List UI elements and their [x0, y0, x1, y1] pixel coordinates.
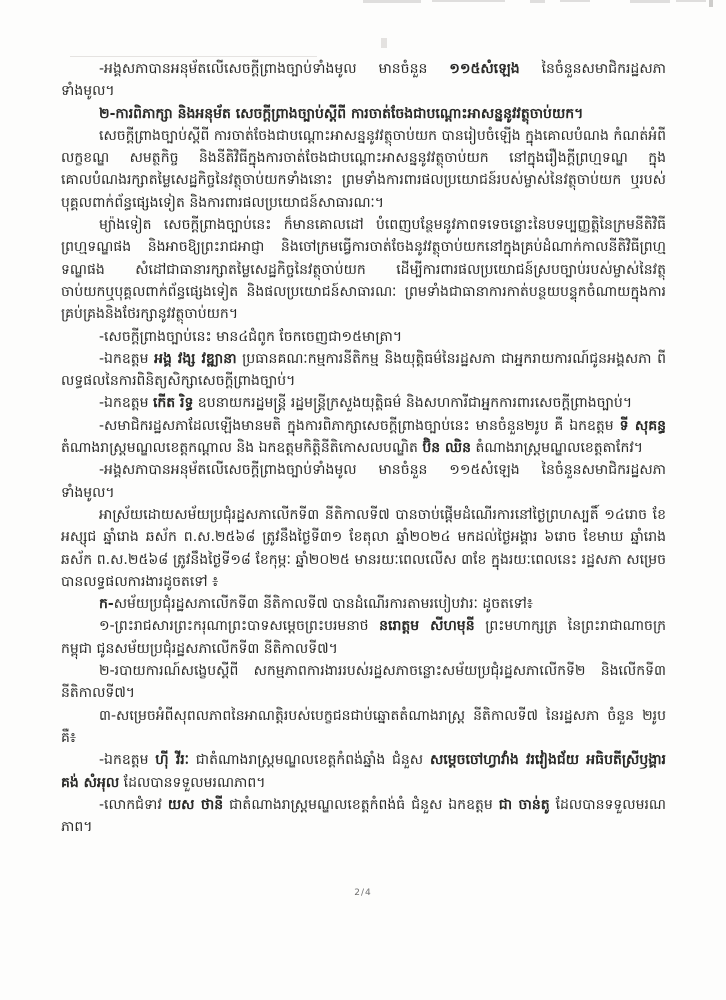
- emphasized-text-run: ប៊ិន ឈិន: [422, 440, 471, 456]
- text-run: ៣-សម្រេចអំពីសុពលភាពនៃអាណត្តិរបស់បេក្ខជនជ…: [61, 708, 666, 746]
- scan-artifact: [432, 0, 505, 2]
- paragraph: -ឯកឧត្តម ហ៊ី វីរៈ ជាតំណាងរាស្ត្រមណ្ឌលខេត…: [61, 749, 666, 794]
- text-run: តំណាងរាស្ត្រមណ្ឌលខេត្តកណ្តាល និង ឯកឧត្តម…: [61, 440, 422, 456]
- text-run: តំណាងរាស្ត្រមណ្ឌលខេត្តតាកែវ។: [471, 440, 643, 456]
- scan-artifact-line: [70, 56, 317, 57]
- text-run: -ឯកឧត្តម: [99, 351, 154, 367]
- scan-artifact: [709, 0, 713, 7]
- paragraph: -អង្គសភាបានអនុម័តលើសេចក្តីព្រាងច្បាប់ទាំ…: [61, 58, 666, 103]
- emphasized-text-run: ជា ចាន់តូ: [499, 797, 550, 813]
- scan-artifact: [630, 0, 670, 3]
- text-run: -សេចក្តីព្រាងច្បាប់នេះ មាន៤ជំពូក ចែកចេញជ…: [99, 329, 402, 345]
- paragraph: -ឯកឧត្តម អង្គ វង្ស វឌ្ឍានា ប្រធានគណៈកម្ម…: [61, 348, 666, 393]
- emphasized-text-run: ហ៊ី វីរៈ: [155, 752, 189, 768]
- text-run: -ឯកឧត្តម: [99, 395, 153, 411]
- text-run: -សមាជិករដ្ឋសភាដែលឡើងមានមតិ ក្នុងការពិភាក…: [99, 418, 620, 434]
- scan-artifact: [363, 0, 421, 3]
- text-run: អាស្រ័យដោយសម័យប្រជុំរដ្ឋសភាលើកទី៣ នីតិកា…: [61, 507, 666, 590]
- emphasized-text-run: ២-ការពិភាក្សា និងអនុម័ត សេចក្តីព្រាងច្បា…: [99, 106, 583, 122]
- text-run: -ឯកឧត្តម: [99, 752, 155, 768]
- emphasized-text-run: ១១៥សំឡេង: [449, 61, 519, 77]
- scan-artifact: [560, 0, 590, 2]
- emphasized-text-run: ក-: [99, 596, 114, 612]
- text-run: -អង្គសភាបានអនុម័តលើសេចក្តីព្រាងច្បាប់ទាំ…: [61, 462, 666, 500]
- text-run: ម្យ៉ាងទៀត សេចក្តីព្រាងច្បាប់នេះ ក៏មានគោល…: [61, 217, 666, 322]
- paragraph: ១-ព្រះរាជសារព្រះករុណាព្រះបាទសម្តេចព្រះបរ…: [61, 615, 666, 660]
- paragraph: -សមាជិករដ្ឋសភាដែលឡើងមានមតិ ក្នុងការពិភាក…: [61, 415, 666, 460]
- text-run: -អង្គសភាបានអនុម័តលើសេចក្តីព្រាងច្បាប់ទាំ…: [99, 61, 449, 77]
- text-run: ដែលបានទទួលមរណភាព។: [119, 775, 265, 791]
- paragraph: -សេចក្តីព្រាងច្បាប់នេះ មាន៤ជំពូក ចែកចេញជ…: [61, 326, 666, 348]
- paragraph: ម្យ៉ាងទៀត សេចក្តីព្រាងច្បាប់នេះ ក៏មានគោល…: [61, 214, 666, 325]
- text-run: ជាតំណាងរាស្ត្រមណ្ឌលខេត្តកំពង់ធំ ជំនួស ឯក…: [223, 797, 499, 813]
- text-run: ១-ព្រះរាជសារព្រះករុណាព្រះបាទសម្តេចព្រះបរ…: [99, 618, 379, 634]
- paragraph: ក-សម័យប្រជុំរដ្ឋសភាលើកទី៣ នីតិកាលទី៧ បាន…: [61, 593, 666, 615]
- emphasized-text-run: នរោត្តម សីហមុនី: [379, 618, 474, 634]
- paragraph: -លោកជំទាវ យស ថានី ជាតំណាងរាស្ត្រមណ្ឌលខេត…: [61, 794, 666, 839]
- text-run: ឧបនាយករដ្ឋមន្ត្រី រដ្ឋមន្ត្រីក្រសួងយុត្ត…: [193, 395, 632, 411]
- paragraph: សេចក្តីព្រាងច្បាប់ស្តីពី ការចាត់ចែងជាបណ្…: [61, 125, 666, 214]
- paragraph: -ឯកឧត្តម កើត រិទ្ធ ឧបនាយករដ្ឋមន្ត្រី រដ្…: [61, 392, 666, 414]
- text-run: ជាតំណាងរាស្ត្រមណ្ឌលខេត្តកំពង់ឆ្នាំង ជំនួ…: [189, 752, 430, 768]
- scan-artifact: [676, 0, 706, 2]
- emphasized-text-run: យស ថានី: [168, 797, 223, 813]
- paragraph: ២-ការពិភាក្សា និងអនុម័ត សេចក្តីព្រាងច្បា…: [61, 103, 666, 125]
- text-run: សេចក្តីព្រាងច្បាប់ស្តីពី ការចាត់ចែងជាបណ្…: [61, 128, 666, 211]
- scanned-document-page: -អង្គសភាបានអនុម័តលើសេចក្តីព្រាងច្បាប់ទាំ…: [0, 0, 726, 1000]
- emphasized-text-run: អង្គ វង្ស វឌ្ឍានា: [154, 351, 236, 367]
- document-body: -អង្គសភាបានអនុម័តលើសេចក្តីព្រាងច្បាប់ទាំ…: [61, 58, 666, 838]
- paragraph: -អង្គសភាបានអនុម័តលើសេចក្តីព្រាងច្បាប់ទាំ…: [61, 459, 666, 504]
- paragraph: ៣-សម្រេចអំពីសុពលភាពនៃអាណត្តិរបស់បេក្ខជនជ…: [61, 705, 666, 750]
- paragraph: ២-របាយការណ៍សង្ខេបស្តីពី សកម្មភាពការងាររប…: [61, 660, 666, 705]
- text-run: ២-របាយការណ៍សង្ខេបស្តីពី សកម្មភាពការងាររប…: [61, 663, 666, 701]
- text-run: សម័យប្រជុំរដ្ឋសភាលើកទី៣ នីតិកាលទី៧ បានដំ…: [114, 596, 533, 612]
- scan-artifact: [530, 0, 545, 3]
- scan-artifact: [381, 38, 387, 48]
- emphasized-text-run: ទី សុគន្ធ: [620, 418, 666, 434]
- emphasized-text-run: កើត រិទ្ធ: [153, 395, 193, 411]
- text-run: -លោកជំទាវ: [99, 797, 168, 813]
- page-number: 2/4: [0, 888, 726, 898]
- paragraph: អាស្រ័យដោយសម័យប្រជុំរដ្ឋសភាលើកទី៣ នីតិកា…: [61, 504, 666, 593]
